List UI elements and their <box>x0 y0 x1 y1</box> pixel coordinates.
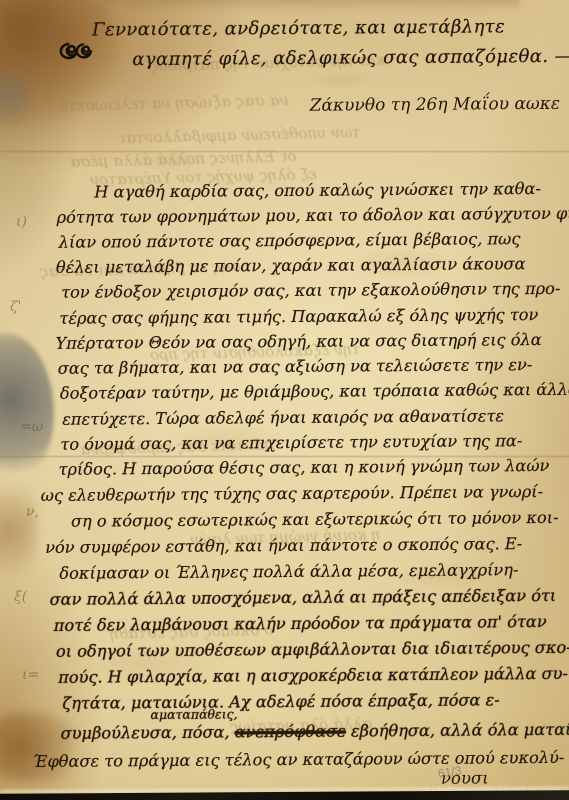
manuscript-line: τρίδος. Η παρούσα θέσις σας, και η κοινή… <box>58 458 549 478</box>
manuscript-line: θέλει μεταλάβη με ποίαν, χαράν και αγαλλ… <box>56 256 526 276</box>
struck-word: ανεπρόφθασε <box>235 722 346 742</box>
manuscript-scan-page: και την ευτυχίαν της πατρίδος να σας αξι… <box>0 0 569 800</box>
salutation-line-2: αγαπητέ φίλε, αδελφικώς σας ασπαζόμεθα. … <box>132 48 569 69</box>
manuscript-line: πούς. Η φιλαρχία, και η αισχροκέρδεια κα… <box>58 666 568 686</box>
manuscript-closing-line: Έφθασε το πράγμα εις τέλος αν καταζάρουν… <box>33 750 565 770</box>
manuscript-line: το όνομά σας, και να επιχειρίσετε την ευ… <box>60 433 522 453</box>
manuscript-line: τέρας σας φήμης και τιμής. Παρακαλώ εξ ό… <box>59 307 538 327</box>
interlinear-insertion: αματαπάθεις, <box>150 708 237 721</box>
manuscript-line: τον ένδοξον χειρισμόν σας, και την εξακο… <box>61 281 560 301</box>
manuscript-line: ποτέ δεν λαμβάνουσι καλήν πρόοδον τα πρά… <box>54 614 547 634</box>
manuscript-line: Η αγαθή καρδία σας, οπού καλώς γινώσκει … <box>94 181 541 201</box>
manuscript-line: Υπέρτατον Θεόν να σας οδηγή, και να σας … <box>55 332 541 352</box>
manuscript-line: ως ελευθερωτήν της τύχης σας καρτερούν. … <box>41 484 543 504</box>
manuscript-line: σας τα βήματα, και να σας αξιώση να τελε… <box>58 357 533 377</box>
handwriting-layer: Γενναιότατε, ανδρειότατε, και αμετάβλητε… <box>0 0 569 800</box>
salutation-line-1: Γενναιότατε, ανδρειότατε, και αμετάβλητε <box>92 18 505 39</box>
manuscript-line: λίαν οπού πάντοτε σας επρόσφερνα, είμαι … <box>59 231 521 251</box>
manuscript-line: ση ο κόσμος εσωτερικώς και εξωτερικώς ότ… <box>71 510 559 530</box>
edited-line-post: εβοήθησα, αλλά όλα ματαίως. <box>346 720 569 741</box>
manuscript-line: δοξοτέραν ταύτην, με θριάμβους, και τρόπ… <box>60 382 569 402</box>
dateline: Ζάκυνθο τη 26η Μαΐου αωκε <box>310 96 560 115</box>
edited-line-pre: συμβούλευσα, πόσα, <box>61 722 235 742</box>
manuscript-line: επετύχετε. Τώρα αδελφέ ήναι καιρός να αθ… <box>62 408 504 428</box>
manuscript-line-edited: συμβούλευσα, πόσα, ανεπρόφθασε εβοήθησα,… <box>61 722 569 742</box>
manuscript-line: οι οδηγοί των υποθέσεων αμφιβάλλονται δι… <box>56 640 569 660</box>
manuscript-line: σαν πολλά άλλα υποσχόμενα, αλλά αι πράξε… <box>49 588 556 608</box>
manuscript-line: ρότητα των φρονημάτων μου, και το άδολον… <box>56 206 569 226</box>
manuscript-line: δοκίμασαν οι Έλληνες πολλά άλλα μέσα, εμ… <box>59 562 518 582</box>
manuscript-line: ζητάτα, ματαιώνια. Αχ αδελφέ πόσα έπραξα… <box>62 692 499 712</box>
manuscript-line: νόν συμφέρον εστάθη, και ήναι πάντοτε ο … <box>45 536 522 556</box>
pencil-folio-number: 61/3 <box>437 764 462 779</box>
